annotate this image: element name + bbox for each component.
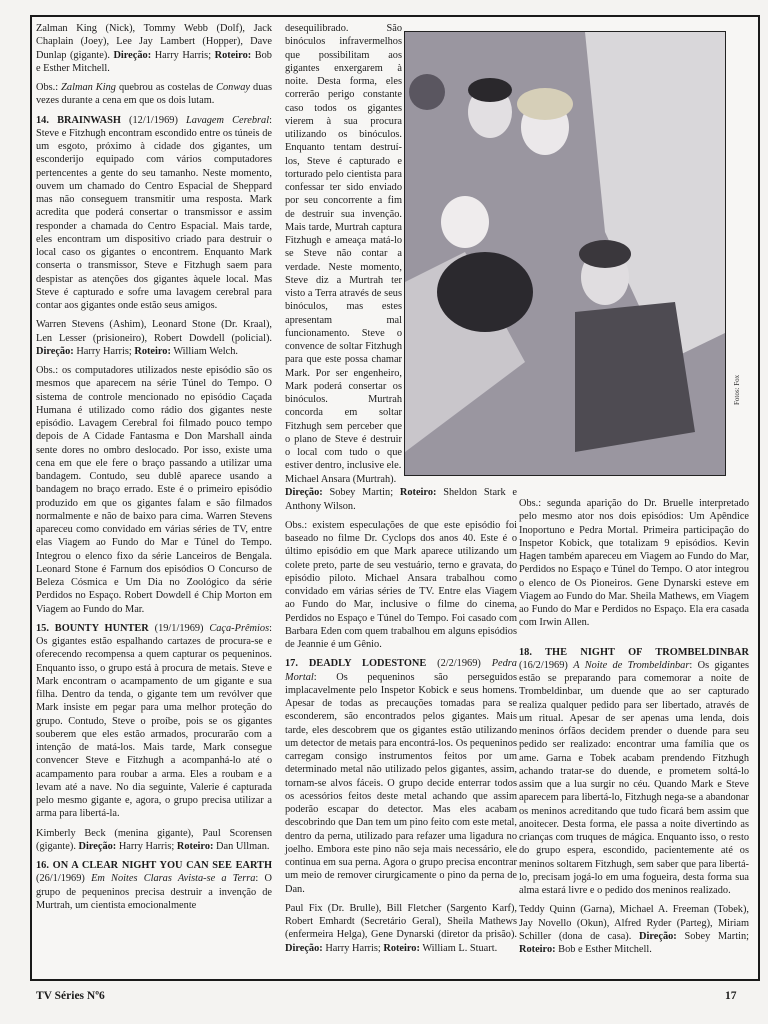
ep18-credits: Teddy Quinn (Garna), Michael A. Freeman … — [519, 903, 749, 956]
column-2-lower: Michael Ansara (Murtrah). Direção: Sobey… — [285, 473, 517, 961]
ep14-title: 14. BRAINWASH — [36, 115, 121, 126]
ep16-crew: Direção: Sobey Martin; Roteiro: Sheldon … — [285, 486, 517, 513]
ep16-title: 16. ON A CLEAR NIGHT YOU CAN SEE EARTH — [36, 860, 272, 871]
ep18-title: 18. THE NIGHT OF TROMBELDINBAR — [519, 647, 749, 658]
ep15-synopsis: 15. BOUNTY HUNTER (19/1/1969) Caça-Prêmi… — [36, 622, 272, 821]
ep13-obs: Obs.: Zalman King quebrou as costelas de… — [36, 81, 272, 108]
column-1: Zalman King (Nick), Tommy Webb (Dolf), J… — [36, 22, 272, 918]
ep15-credits: Kimberly Beck (menina gigante), Paul Sco… — [36, 827, 272, 854]
column-3: Obs.: segunda aparição do Dr. Bruelle in… — [519, 497, 749, 962]
ep15-title: 15. BOUNTY HUNTER — [36, 623, 149, 634]
ep14-obs: Obs.: os computadores utilizados neste e… — [36, 364, 272, 616]
ep16-synopsis-cont: desequilibrado. São binóculos infraverme… — [285, 22, 402, 473]
ep17-title: 17. DEADLY LODESTONE — [285, 658, 426, 669]
cast-photo — [404, 31, 726, 476]
column-2-upper: desequilibrado. São binóculos infraverme… — [285, 22, 402, 479]
ep17-obs: Obs.: segunda aparição do Dr. Bruelle in… — [519, 497, 749, 630]
ep16-synopsis-start: 16. ON A CLEAR NIGHT YOU CAN SEE EARTH (… — [36, 859, 272, 912]
photo-credit: Fotos: Fox — [733, 375, 741, 405]
ep18-synopsis: 18. THE NIGHT OF TROMBELDINBAR (16/2/196… — [519, 646, 749, 898]
cast-photo-illustration — [405, 32, 726, 476]
ep16-credits: Michael Ansara (Murtrah). — [285, 473, 517, 486]
page-number: 17 — [725, 990, 737, 1002]
ep16-obs: Obs.: existem especulações de que este e… — [285, 519, 517, 652]
ep13-credits: Zalman King (Nick), Tommy Webb (Dolf), J… — [36, 22, 272, 75]
magazine-issue: TV Séries Nº6 — [36, 990, 105, 1002]
ep17-synopsis: 17. DEADLY LODESTONE (2/2/1969) Pedra Mo… — [285, 657, 517, 896]
ep14-credits: Warren Stevens (Ashim), Leonard Stone (D… — [36, 318, 272, 358]
ep14-synopsis: 14. BRAINWASH (12/1/1969) Lavagem Cerebr… — [36, 114, 272, 313]
ep17-credits: Paul Fix (Dr. Brulle), Bill Fletcher (Sa… — [285, 902, 517, 955]
